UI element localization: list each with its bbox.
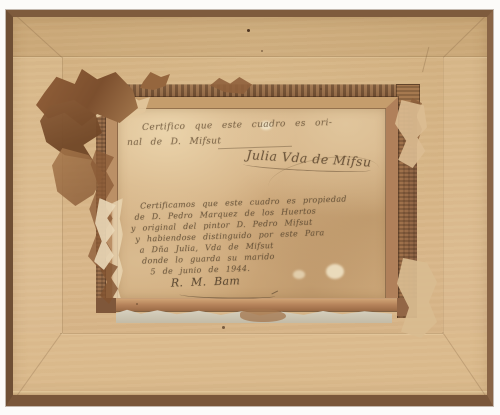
signature-flourish — [179, 292, 275, 299]
paper-crease — [443, 57, 444, 333]
frame-bottom-highlight — [13, 391, 487, 395]
inscription-lower-block: Certificamos que este cuadro es propieda… — [130, 194, 363, 302]
backing-shading-top — [13, 17, 487, 57]
nail-hole — [136, 303, 138, 305]
inscription-lower-line: donde lo guarda su marido — [142, 252, 275, 266]
paper-crease — [60, 333, 443, 334]
nail-hole — [247, 29, 250, 32]
inscription-lower-signature: R. M. Bam — [171, 274, 241, 289]
inscription-upper-line2: nal de D. Mifsut — [127, 136, 221, 148]
glue-stain — [240, 309, 286, 322]
nail-hole — [222, 326, 225, 329]
backing-shading-bottom — [13, 333, 487, 395]
paper-crease — [13, 56, 487, 57]
photo-of-frame-verso: Certifico que este cuadro es ori- nal de… — [0, 0, 500, 415]
backing-shading-right — [443, 57, 487, 333]
nail-hole — [320, 88, 322, 90]
nail-hole — [261, 50, 263, 52]
